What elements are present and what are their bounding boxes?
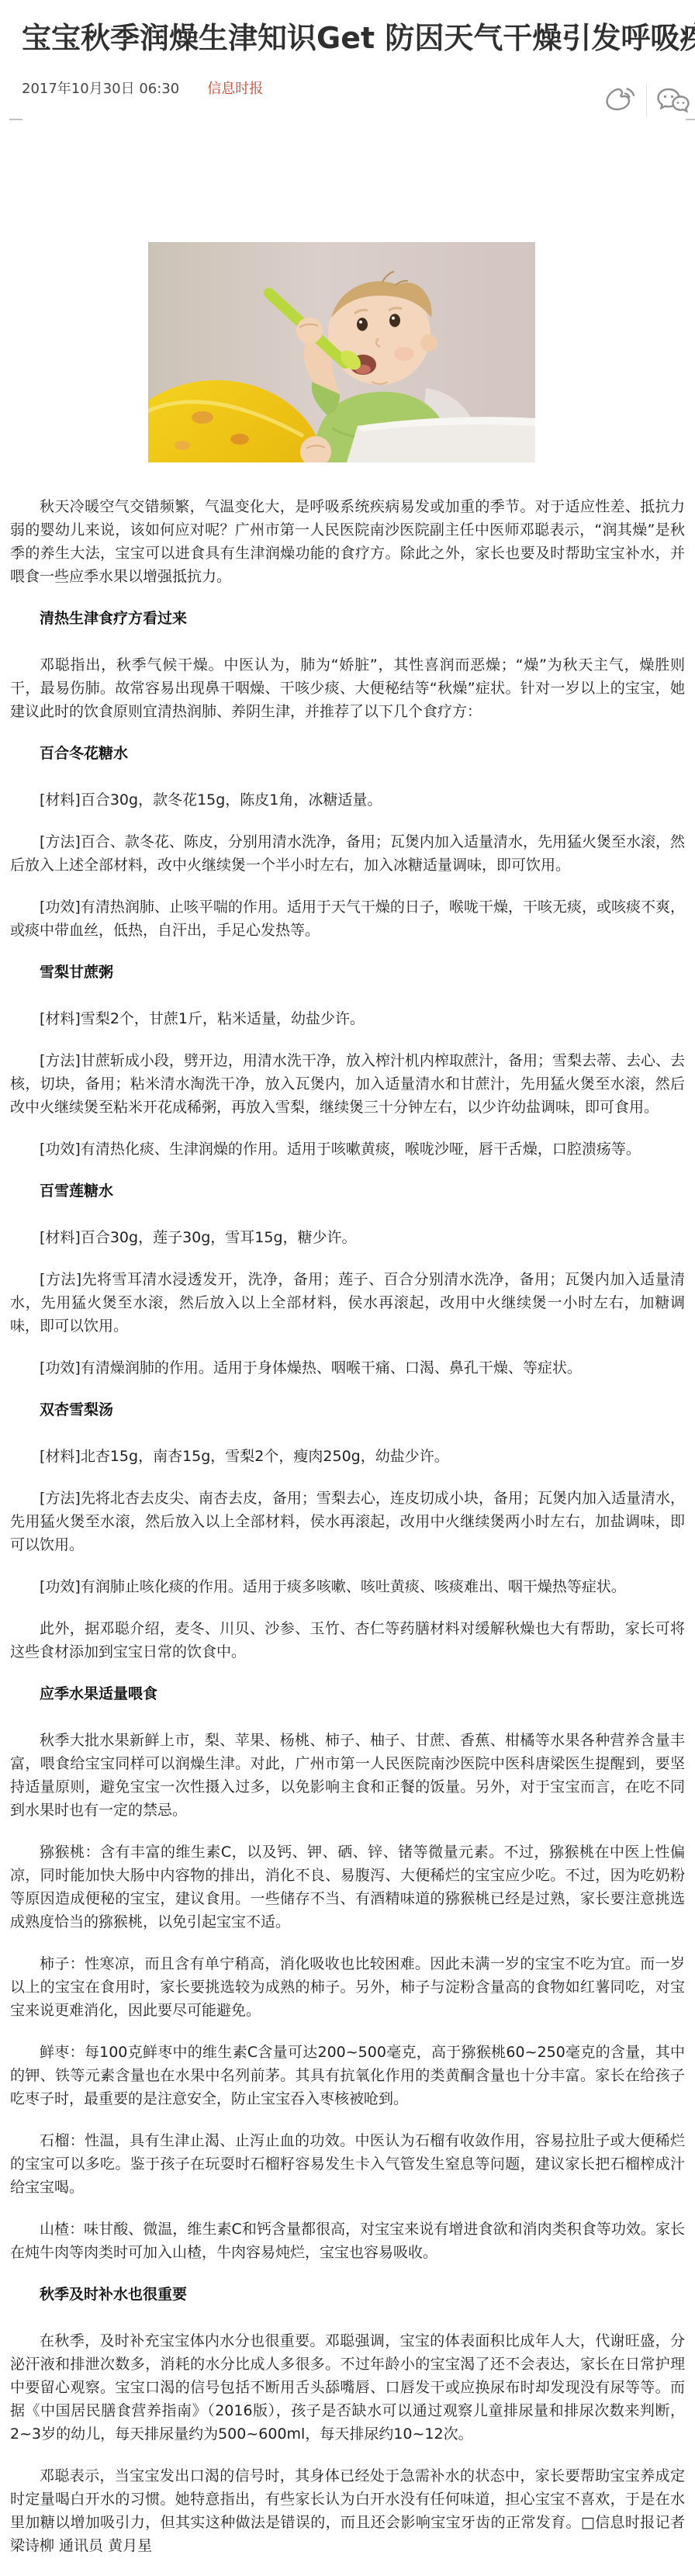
article-paragraph: 山楂：味甘酸、微温，维生素C和钙含量都很高，对宝宝来说有增进食欲和消肉类积食等功… <box>10 2218 685 2264</box>
article-paragraph: [功效]有清燥润肺的作用。适用于身体燥热、咽喉干痛、口渴、鼻孔干燥、等症状。 <box>10 1356 685 1380</box>
article-paragraph: 秋季大批水果新鲜上市，梨、苹果、杨桃、柿子、柚子、甘蔗、香蕉、柑橘等水果各种营养… <box>10 1729 685 1822</box>
baby-eating-photo <box>148 242 535 462</box>
weibo-share-icon[interactable] <box>603 84 638 118</box>
article-meta: 2017年10月30日 06:30 信息时报 <box>22 78 695 98</box>
source-name: 信息时报 <box>207 78 263 98</box>
article-page: 宝宝秋季润燥生津知识Get 防因天气干燥引发呼吸疾病 2017年10月30日 0… <box>0 0 695 2576</box>
article-paragraph: [材料]北杏15g，南杏15g，雪梨2个，瘦肉250g，幼盐少许。 <box>10 1445 685 1468</box>
article-paragraph: 秋天冷暖空气交错频繁，气温变化大，是呼吸系统疾病易发或加重的季节。对于适应性差、… <box>10 495 685 588</box>
section-heading: 秋季及时补水也很重要 <box>10 2283 685 2306</box>
article-paragraph: 鲜枣：每100克鲜枣中的维生素C含量可达200~500毫克，高于猕猴桃60~25… <box>10 2041 685 2110</box>
page-title: 宝宝秋季润燥生津知识Get 防因天气干燥引发呼吸疾病 <box>22 20 695 57</box>
article-paragraph: [方法]百合、款冬花、陈皮，分别用清水洗净，备用；瓦煲内加入适量清水，先用猛火煲… <box>10 830 685 877</box>
section-heading: 百雪莲糖水 <box>10 1179 685 1203</box>
article-paragraph: [功效]有清热化痰、生津润燥的作用。适用于咳嗽黄痰，喉咙沙哑，唇干舌燥，口腔溃疡… <box>10 1137 685 1161</box>
section-heading: 雪梨甘蔗粥 <box>10 961 685 984</box>
article-paragraph: [方法]先将雪耳清水浸透发开，洗净，备用；莲子、百合分别清水洗净，备用；瓦煲内加… <box>10 1268 685 1338</box>
article-body: 秋天冷暖空气交错频繁，气温变化大，是呼吸系统疾病易发或加重的季节。对于适应性差、… <box>10 495 685 2557</box>
left-edge-divider <box>9 119 22 120</box>
share-divider <box>646 85 647 117</box>
article-paragraph: 石榴：性温，具有生津止渴、止泻止血的功效。中医认为石榴有收敛作用，容易拉肚子或大… <box>10 2129 685 2199</box>
article-paragraph: [功效]有润肺止咳化痰的作用。适用于痰多咳嗽、咳吐黄痰、咳痰难出、咽干燥热等症状… <box>10 1575 685 1598</box>
share-toolbar <box>603 84 690 118</box>
article-paragraph: [功效]有清热润肺、止咳平喘的作用。适用于天气干燥的日子，喉咙干燥，干咳无痰，或… <box>10 895 685 942</box>
article-paragraph: [方法]先将北杏去皮尖、南杏去皮，备用；雪梨去心，连皮切成小块，备用；瓦煲内加入… <box>10 1487 685 1556</box>
section-heading: 应季水果适量喂食 <box>10 1682 685 1705</box>
section-heading: 百合冬花糖水 <box>10 742 685 765</box>
article-paragraph: 邓聪表示，当宝宝发出口渴的信号时，其身体已经处于急需补水的状态中，家长要帮助宝宝… <box>10 2464 685 2557</box>
article-paragraph: 在秋季，及时补充宝宝体内水分也很重要。邓聪强调，宝宝的体表面积比成年人大，代谢旺… <box>10 2329 685 2446</box>
article-paragraph: 柿子：性寒凉，而且含有单宁稍高，消化吸收也比较困难。因此未满一岁的宝宝不吃为宜。… <box>10 1952 685 2022</box>
article-paragraph: 猕猴桃：含有丰富的维生素C，以及钙、钾、硒、锌、锗等微量元素。不过，猕猴桃在中医… <box>10 1840 685 1934</box>
article-paragraph: 邓聪指出，秋季气候干燥。中医认为，肺为“娇脏”，其性喜润而恶燥；“燥”为秋天主气… <box>10 653 685 723</box>
article-paragraph: [材料]雪梨2个，甘蔗1斤，粘米适量，幼盐少许。 <box>10 1007 685 1030</box>
article-paragraph: [材料]百合30g，款冬花15g，陈皮1角，冰糖适量。 <box>10 788 685 812</box>
article-paragraph: [方法]甘蔗斩成小段，劈开边，用清水洗干净，放入榨汁机内榨取蔗汁，备用；雪梨去蒂… <box>10 1049 685 1119</box>
publish-date: 2017年10月30日 06:30 <box>22 78 179 98</box>
article-photo <box>148 242 535 462</box>
wechat-share-icon[interactable] <box>655 84 690 118</box>
article-paragraph: 此外，据邓聪介绍，麦冬、川贝、沙参、玉竹、杏仁等药膳材料对缓解秋燥也大有帮助，家… <box>10 1617 685 1664</box>
article-paragraph: [材料]百合30g，莲子30g，雪耳15g，糖少许。 <box>10 1226 685 1249</box>
section-heading: 清热生津食疗方看过来 <box>10 607 685 630</box>
section-heading: 双杏雪梨汤 <box>10 1398 685 1421</box>
right-edge-divider <box>686 119 695 120</box>
